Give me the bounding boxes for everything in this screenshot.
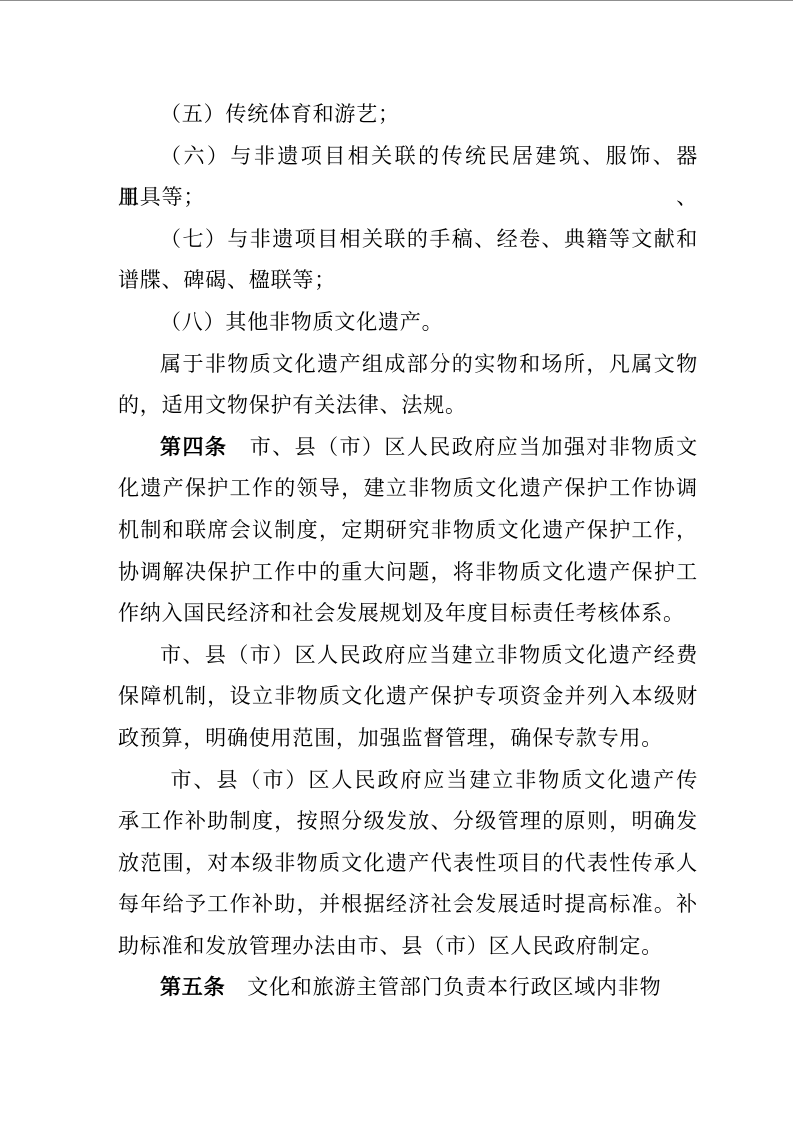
text-line: 每年给予工作补助，并根据经济社会发展适时提高标准。补 — [118, 884, 698, 926]
text-line: 政预算，明确使用范围，加强监督管理，确保专款专用。 — [118, 718, 698, 760]
text-line: 保障机制，设立非物质文化遗产保护专项资金并列入本级财 — [118, 676, 698, 718]
text-line: 化遗产保护工作的领导，建立非物质文化遗产保护工作协调 — [118, 468, 698, 510]
article-number: 第五条 — [160, 976, 225, 999]
text-line: 承工作补助制度，按照分级发放、分级管理的原则，明确发 — [118, 801, 698, 843]
text-line: 市、县（市）区人民政府应当建立非物质文化遗产经费 — [118, 635, 698, 677]
text-line: （六）与非遗项目相关联的传统民居建筑、服饰、器皿、 — [118, 136, 698, 178]
paragraph: （七）与非遗项目相关联的手稿、经卷、典籍等文献和谱牒、碑碣、楹联等； — [118, 219, 698, 302]
paragraph: （六）与非遗项目相关联的传统民居建筑、服饰、器皿、用具等； — [118, 136, 698, 219]
paragraph: 属于非物质文化遗产组成部分的实物和场所，凡属文物的，适用文物保护有关法律、法规。 — [118, 344, 698, 427]
document-page: （五）传统体育和游艺；（六）与非遗项目相关联的传统民居建筑、服饰、器皿、用具等；… — [0, 0, 793, 1122]
text-line: 属于非物质文化遗产组成部分的实物和场所，凡属文物 — [118, 344, 698, 386]
text-line: 第五条 文化和旅游主管部门负责本行政区域内非物 — [118, 967, 698, 1009]
text-line: 机制和联席会议制度，定期研究非物质文化遗产保护工作， — [118, 510, 698, 552]
text-line: 作纳入国民经济和社会发展规划及年度目标责任考核体系。 — [118, 593, 698, 635]
text-line: （七）与非遗项目相关联的手稿、经卷、典籍等文献和 — [118, 219, 698, 261]
text-line: 第四条 市、县（市）区人民政府应当加强对非物质文 — [118, 427, 698, 469]
paragraph: 市、县（市）区人民政府应当建立非物质文化遗产经费保障机制，设立非物质文化遗产保护… — [118, 635, 698, 760]
paragraph: 第四条 市、县（市）区人民政府应当加强对非物质文化遗产保护工作的领导，建立非物质… — [118, 427, 698, 635]
paragraph: （八）其他非物质文化遗产。 — [118, 302, 698, 344]
text-line: 放范围，对本级非物质文化遗产代表性项目的代表性传承人 — [118, 843, 698, 885]
article-number: 第四条 — [160, 436, 227, 459]
paragraph: （五）传统体育和游艺； — [118, 94, 698, 136]
text-line: 助标准和发放管理办法由市、县（市）区人民政府制定。 — [118, 926, 698, 968]
text-line: 市、县（市）区人民政府应当建立非物质文化遗产传 — [118, 760, 698, 802]
text-line: （五）传统体育和游艺； — [118, 94, 698, 136]
paragraph: 市、县（市）区人民政府应当建立非物质文化遗产传承工作补助制度，按照分级发放、分级… — [118, 760, 698, 968]
paragraph: 第五条 文化和旅游主管部门负责本行政区域内非物 — [118, 967, 698, 1009]
text-line: 谱牒、碑碣、楹联等； — [118, 260, 698, 302]
text-line: 的，适用文物保护有关法律、法规。 — [118, 385, 698, 427]
document-body: （五）传统体育和游艺；（六）与非遗项目相关联的传统民居建筑、服饰、器皿、用具等；… — [118, 94, 698, 1009]
text-line: 协调解决保护工作中的重大问题，将非物质文化遗产保护工 — [118, 552, 698, 594]
text-line: （八）其他非物质文化遗产。 — [118, 302, 698, 344]
